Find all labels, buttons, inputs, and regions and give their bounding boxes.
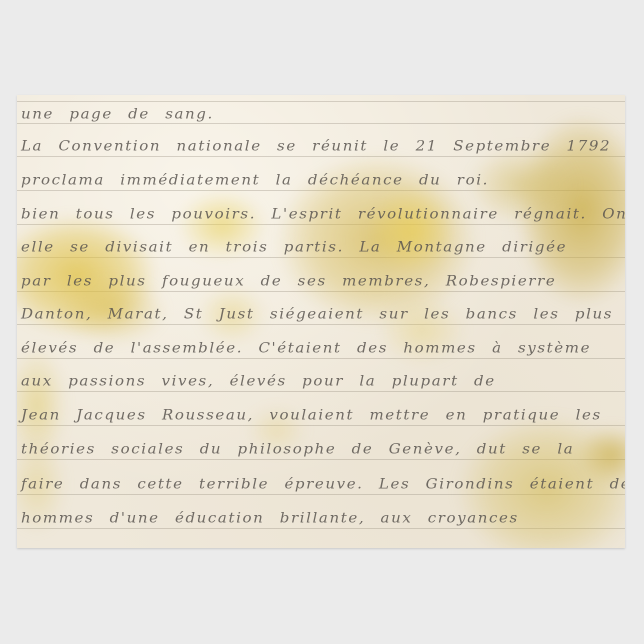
handwritten-line: elle se divisait en trois partis. La Mon… <box>21 237 621 256</box>
handwritten-line: par les plus fougueux de ses membres, Ro… <box>21 271 621 290</box>
ruled-line <box>17 358 625 359</box>
ruled-line <box>17 459 625 460</box>
handwritten-line: hommes d'une éducation brillante, aux cr… <box>21 508 621 527</box>
ruled-line <box>17 257 625 258</box>
gold-leaf-patch <box>367 185 457 275</box>
ruled-line <box>17 101 625 102</box>
handwritten-line: proclama immédiatement la déchéance du r… <box>21 170 621 189</box>
manuscript-page: une page de sang. La Convention national… <box>17 95 625 548</box>
ruled-line <box>17 391 625 392</box>
handwritten-line: élevés de l'assemblée. C'étaient des hom… <box>21 338 621 357</box>
ruled-line <box>17 528 625 529</box>
ruled-line <box>17 224 625 225</box>
ruled-line <box>17 291 625 292</box>
handwritten-line: aux passions vives, élevés pour la plupa… <box>21 371 621 390</box>
ruled-line <box>17 324 625 325</box>
handwritten-line: bien tous les pouvoirs. L'esprit révolut… <box>21 204 621 223</box>
handwritten-line: Danton, Marat, St Just siégeaient sur le… <box>21 304 621 323</box>
handwritten-line: une page de sang. <box>21 104 621 123</box>
ruled-line <box>17 123 625 124</box>
ruled-line <box>17 156 625 157</box>
ruled-line <box>17 190 625 191</box>
handwritten-line: faire dans cette terrible épreuve. Les G… <box>21 474 621 493</box>
handwritten-line: Jean Jacques Rousseau, voulaient mettre … <box>21 405 621 424</box>
ruled-line <box>17 425 625 426</box>
handwritten-line: théories sociales du philosophe de Genèv… <box>21 439 621 458</box>
ruled-line <box>17 494 625 495</box>
handwritten-line: La Convention nationale se réunit le 21 … <box>21 136 621 155</box>
